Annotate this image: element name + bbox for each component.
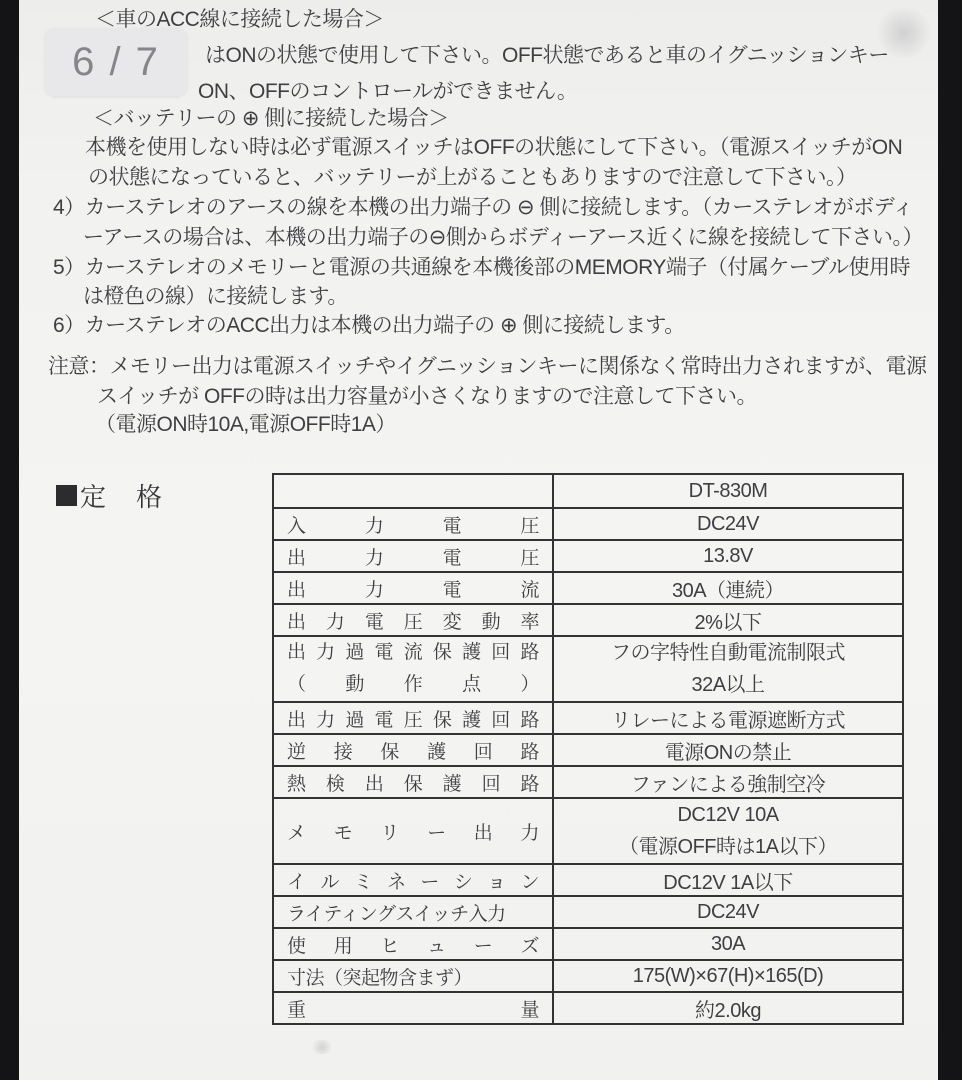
spec-value: リレーによる電源遮断方式 bbox=[553, 702, 903, 734]
spec-row-overcurrent-protection: 出力過電流保護回路 （ 動 作 点 ） フの字特性自動電流制限式 32A以上 bbox=[273, 636, 903, 702]
spec-label-line-2: （ 動 作 点 ） bbox=[274, 669, 552, 701]
spec-value: DC24V bbox=[553, 896, 903, 928]
spec-model-cell: DT-830M bbox=[553, 474, 903, 508]
spec-label: 入 力 電 圧 bbox=[274, 511, 552, 538]
spec-label: 出力過電流保護回路 bbox=[274, 637, 552, 669]
spec-value: 13.8V bbox=[553, 540, 903, 572]
step-4-line-2: ーアースの場合は、本機の出力端子の⊖側からボディーアース近くに線を接続して下さい… bbox=[83, 221, 923, 251]
spec-value: 30A（連続） bbox=[553, 572, 903, 604]
spec-row-lighting-switch-input: ライティングスイッチ入力 DC24V bbox=[273, 896, 903, 928]
spec-value: ファンによる強制空冷 bbox=[553, 766, 903, 798]
spec-row-dimensions: 寸法（突起物含まず） 175(W)×67(H)×165(D) bbox=[273, 960, 903, 992]
spec-value: DC12V 10A bbox=[554, 799, 902, 831]
spec-table: DT-830M 入 力 電 圧 DC24V 出 力 電 圧 13.8V 出 力 … bbox=[272, 473, 904, 1025]
manual-page-scan: ＜車のACC線に接続した場合＞ はONの状態で使用して下さい。OFF状態であると… bbox=[19, 0, 938, 1080]
step-4-line-1: 4）カーステレオのアースの線を本機の出力端子の ⊖ 側に接続します。（カーステレ… bbox=[53, 191, 913, 221]
acc-note-line-2: ON、OFFのコントロールができません。 bbox=[198, 75, 577, 105]
spec-label: 逆 接 保 護 回 路 bbox=[274, 737, 552, 764]
spec-row-memory-output: メ モ リ ー 出 力 DC12V 10A （電源OFF時は1A以下） bbox=[273, 798, 903, 864]
spec-row-fuse: 使 用 ヒ ュ ー ズ 30A bbox=[273, 928, 903, 960]
spec-label: 重 量 bbox=[274, 995, 552, 1022]
spec-value: DC24V bbox=[553, 508, 903, 540]
spec-label: 出 力 電 圧 bbox=[274, 543, 552, 570]
scan-noise bbox=[309, 1040, 335, 1054]
battery-note-line-1: 本機を使用しない時は必ず電源スイッチはOFFの状態にして下さい。（電源スイッチが… bbox=[85, 131, 902, 161]
spec-label: 出 力 電 流 bbox=[274, 575, 552, 602]
spec-label: イ ル ミ ネ ー シ ョ ン bbox=[274, 867, 552, 894]
spec-row-input-voltage: 入 力 電 圧 DC24V bbox=[273, 508, 903, 540]
battery-note-line-2: の状態になっていると、バッテリーが上がることもありますので注意して下さい。） bbox=[88, 161, 857, 191]
letterbox-bar-left bbox=[0, 0, 19, 1080]
spec-value-line-2: （電源OFF時は1A以下） bbox=[554, 831, 902, 863]
spec-row-reverse-connection-protection: 逆 接 保 護 回 路 電源ONの禁止 bbox=[273, 734, 903, 766]
spec-row-voltage-regulation: 出 力 電 圧 変 動 率 2%以下 bbox=[273, 604, 903, 636]
spec-section-heading: 定 格 bbox=[56, 477, 164, 514]
spec-value: 電源ONの禁止 bbox=[553, 734, 903, 766]
scan-noise bbox=[874, 8, 934, 58]
spec-row-weight: 重 量 約2.0kg bbox=[273, 992, 903, 1024]
caution-line-3: （電源ON時10A,電源OFF時1A） bbox=[95, 408, 396, 438]
step-5-line-2: は橙色の線）に接続します。 bbox=[83, 280, 348, 310]
spec-label: 出 力 電 圧 変 動 率 bbox=[274, 607, 552, 634]
letterbox-bar-right bbox=[938, 0, 962, 1080]
spec-label: 熱 検 出 保 護 回 路 bbox=[274, 769, 552, 796]
spec-value: 175(W)×67(H)×165(D) bbox=[553, 960, 903, 992]
spec-row-illumination: イ ル ミ ネ ー シ ョ ン DC12V 1A以下 bbox=[273, 864, 903, 896]
spec-value: 30A bbox=[553, 928, 903, 960]
spec-row-overvoltage-protection: 出力過電圧保護回路 リレーによる電源遮断方式 bbox=[273, 702, 903, 734]
spec-value: フの字特性自動電流制限式 bbox=[554, 637, 902, 669]
spec-value: 2%以下 bbox=[553, 604, 903, 636]
spec-row-output-current: 出 力 電 流 30A（連続） bbox=[273, 572, 903, 604]
caution-line-1: 注意：メモリー出力は電源スイッチやイグニッションキーに関係なく常時出力されますが… bbox=[48, 350, 927, 380]
spec-row-output-voltage: 出 力 電 圧 13.8V bbox=[273, 540, 903, 572]
spec-label: メ モ リ ー 出 力 bbox=[274, 818, 552, 845]
spec-label: 出力過電圧保護回路 bbox=[274, 705, 552, 732]
page-indicator-text: 6 / 7 bbox=[72, 40, 160, 85]
heading-battery-case: ＜バッテリーの ⊕ 側に接続した場合＞ bbox=[93, 102, 449, 132]
spec-section-title: 定 格 bbox=[80, 477, 164, 514]
spec-header-empty-cell bbox=[273, 474, 553, 508]
spec-value: 約2.0kg bbox=[553, 992, 903, 1024]
black-square-icon bbox=[56, 485, 77, 506]
step-5-line-1: 5）カーステレオのメモリーと電源の共通線を本機後部のMEMORY端子（付属ケーブ… bbox=[53, 251, 910, 281]
spec-label: ライティングスイッチ入力 bbox=[274, 899, 552, 926]
page-indicator-badge: 6 / 7 bbox=[45, 28, 187, 96]
spec-value: DC12V 1A以下 bbox=[553, 864, 903, 896]
spec-header-row: DT-830M bbox=[273, 474, 903, 508]
spec-label: 寸法（突起物含まず） bbox=[274, 963, 552, 990]
photo-viewer-screen: ＜車のACC線に接続した場合＞ はONの状態で使用して下さい。OFF状態であると… bbox=[0, 0, 962, 1080]
step-6-line: 6）カーステレオのACC出力は本機の出力端子の ⊕ 側に接続します。 bbox=[53, 309, 685, 339]
spec-value-line-2: 32A以上 bbox=[554, 669, 902, 701]
acc-note-line-1: はONの状態で使用して下さい。OFF状態であると車のイグニッションキー bbox=[205, 39, 889, 69]
caution-line-2: スイッチが OFFの時は出力容量が小さくなりますので注意して下さい。 bbox=[97, 380, 757, 410]
spec-row-thermal-protection: 熱 検 出 保 護 回 路 ファンによる強制空冷 bbox=[273, 766, 903, 798]
spec-label: 使 用 ヒ ュ ー ズ bbox=[274, 931, 552, 958]
